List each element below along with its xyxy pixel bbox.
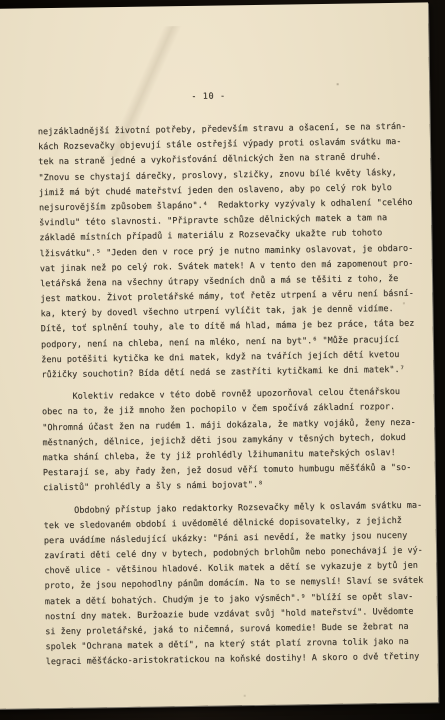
- typewritten-text: nejzákladnější životní potřeby, předevší…: [38, 119, 432, 677]
- paragraph: Kolektiv redakce v této době rovněž upoz…: [42, 385, 430, 497]
- scan-background: - 10 - nejzákladnější životní potřeby, p…: [0, 0, 445, 720]
- paper-sheet: - 10 - nejzákladnější životní potřeby, p…: [0, 2, 438, 709]
- paragraph: Obdobný přístup jako redaktorky Rozsevač…: [43, 498, 431, 671]
- page-number: - 10 -: [191, 89, 226, 105]
- paragraph: nejzákladnější životní potřeby, předevší…: [38, 119, 428, 383]
